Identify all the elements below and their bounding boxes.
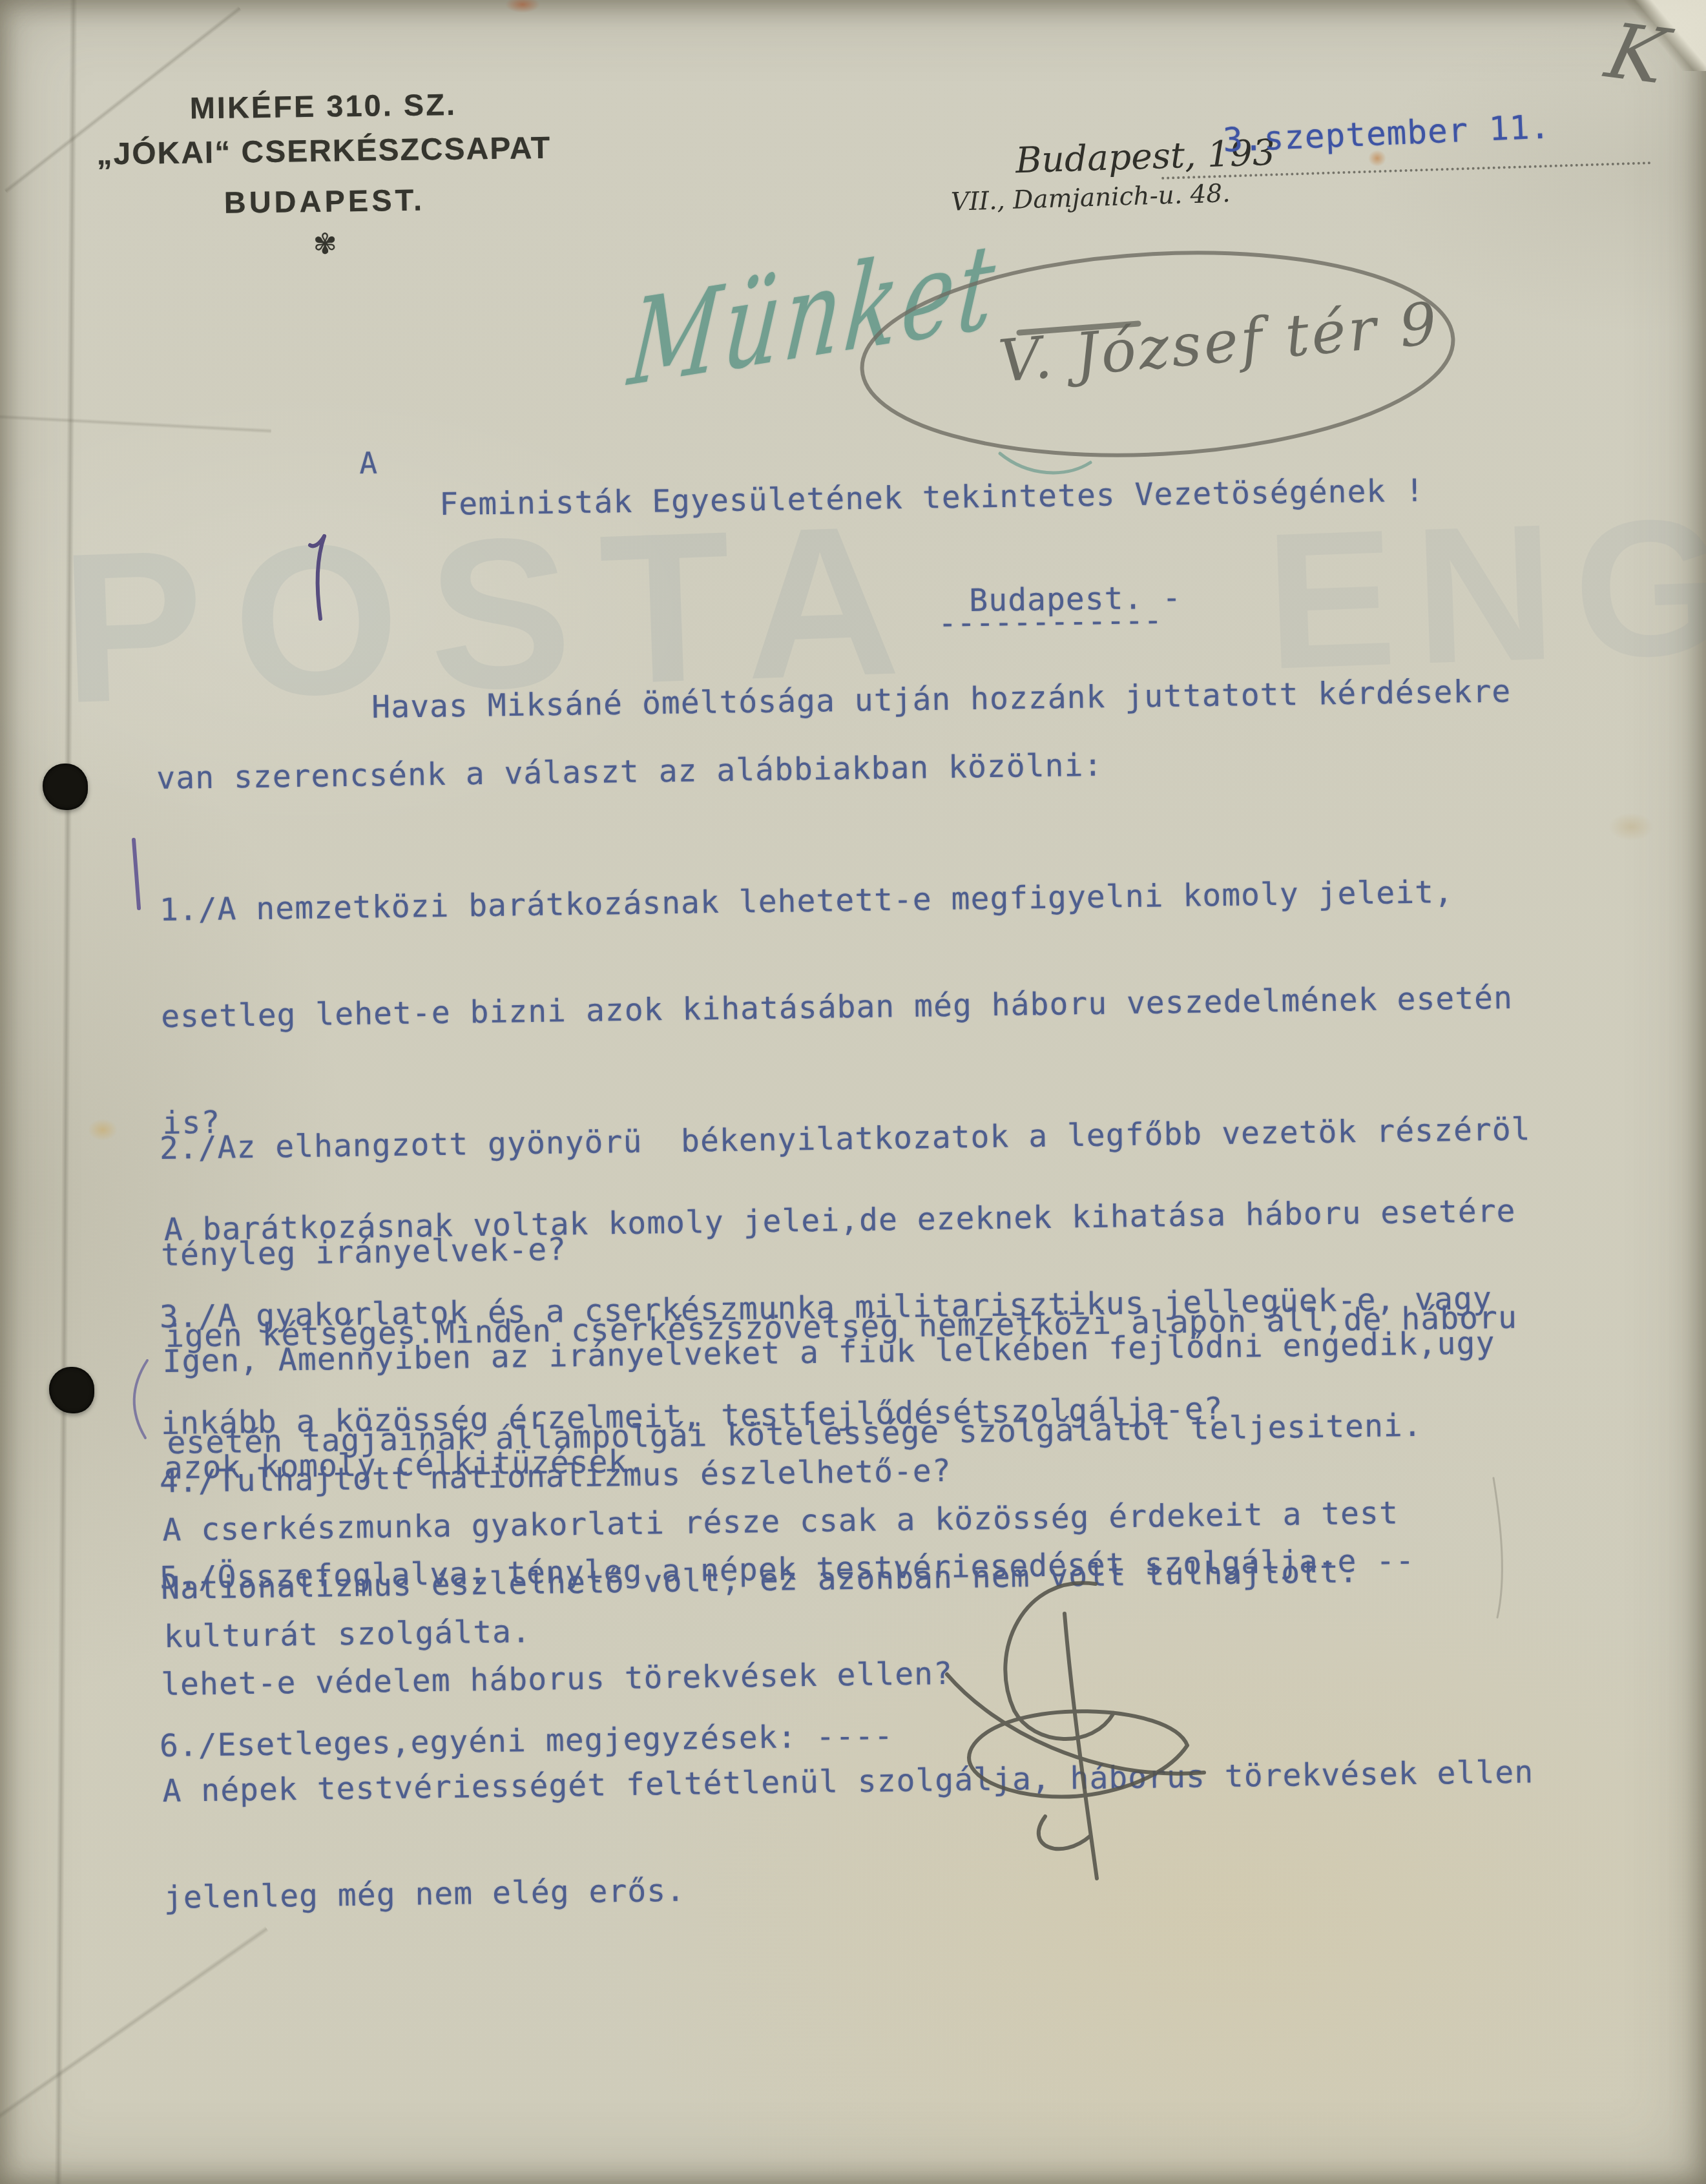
pencil-corner-mark: K xyxy=(1599,6,1676,101)
qa-line: jelenleg még nem elég erős. xyxy=(163,1861,1535,1916)
letterhead-line2: „JÓKAI“ CSERKÉSZCSAPAT xyxy=(78,130,570,172)
typed-date: 3.szeptember 11. xyxy=(1222,109,1551,158)
punch-hole xyxy=(43,764,88,810)
typed-letter-a: A xyxy=(359,446,378,481)
letterhead-line1: MIKÉFE 310. SZ. xyxy=(78,85,569,127)
vertical-crease xyxy=(54,0,78,2184)
margin-pen-paren xyxy=(134,1360,147,1438)
printed-address: VII., Damjanich-u. 48. xyxy=(950,179,1231,217)
letterhead: MIKÉFE 310. SZ. „JÓKAI“ CSERKÉSZCSAPAT B… xyxy=(78,85,571,264)
paper-stain xyxy=(1608,813,1654,841)
salutation-underline-dashes: ------------ xyxy=(938,603,1163,641)
intro-line2: van szerencsénk a választ az alábbiakban… xyxy=(156,748,1103,796)
green-ink-word: Münket xyxy=(624,216,1004,413)
rosette-ornament-icon: ✾ xyxy=(79,224,571,264)
paper-stain xyxy=(88,1119,118,1141)
qa-line: 3./A gyakorlatok és a cserkészmunka mili… xyxy=(160,1281,1493,1335)
intro-line1: Havas Miksáné öméltósága utján hozzánk j… xyxy=(371,674,1512,725)
horizontal-crease xyxy=(0,414,271,433)
qa-line: 2./Az elhangzott gyönyörü békenyilatkoza… xyxy=(160,1112,1531,1167)
qa-line: 1./A nemzetközi barátkozásnak lehetett-e… xyxy=(160,874,1512,928)
qa-line: esetleg lehet-e bizni azok kihatásában m… xyxy=(161,981,1513,1035)
pencil-address-note: V. József tér 9 xyxy=(996,289,1442,395)
document-page: POSTA ENG MIKÉFE 310. SZ. „JÓKAI“ CSERKÉ… xyxy=(0,0,1706,2184)
pen-check-mark xyxy=(310,536,324,619)
paper-stain xyxy=(505,0,540,13)
qa-line: 5./Összefoglalva: tényleg a népek testvé… xyxy=(160,1541,1531,1596)
qa-block-6: 6./Esetleges,egyéni megjegyzések: ---- xyxy=(158,1647,895,1835)
green-ink-hook xyxy=(1000,453,1090,473)
salutation-line: Feministák Egyesületének tekintetes Veze… xyxy=(439,473,1424,523)
margin-pen-line xyxy=(134,840,139,908)
qa-line: 6./Esetleges,egyéni megjegyzések: ---- xyxy=(160,1718,894,1764)
letterhead-line3: BUDAPEST. xyxy=(79,180,570,222)
punch-hole xyxy=(49,1367,94,1413)
